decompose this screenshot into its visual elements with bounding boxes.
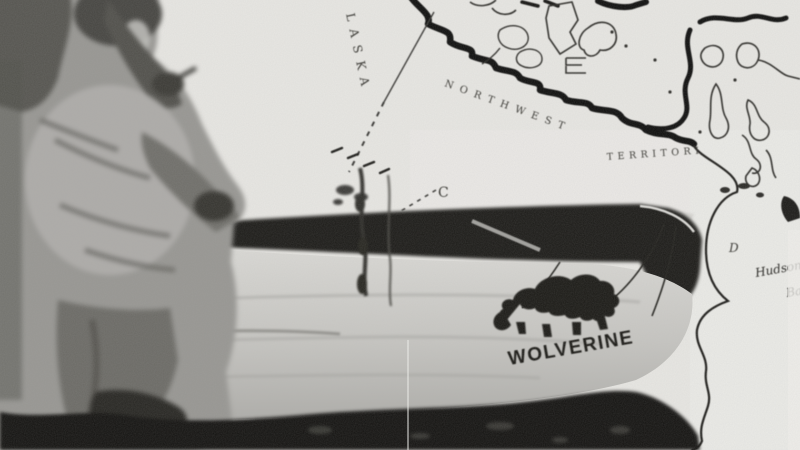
photo: LASKA NORTHWEST TERRITORI C D Hudson Bay (0, 0, 800, 450)
halftone-grain (0, 0, 800, 450)
